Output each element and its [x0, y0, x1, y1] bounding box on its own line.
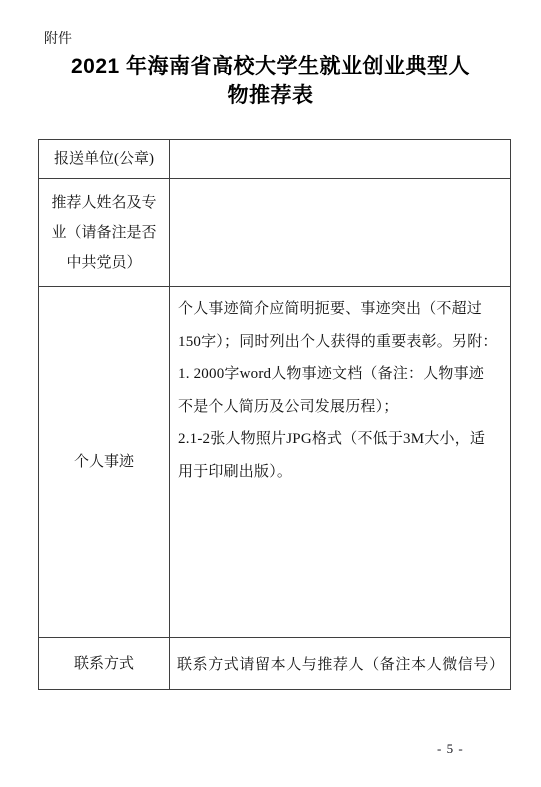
page-title-line-2: 物推荐表 [20, 81, 521, 110]
deeds-instruction-line: 不是个人简历及公司发展历程）； [178, 391, 504, 424]
page-title-line-1: 2021 年海南省高校大学生就业创业典型人 [20, 52, 521, 81]
deeds-instruction-line: 用于印刷出版）。 [178, 456, 504, 489]
table-row-recommender-name: 推荐人姓名及专业（请备注是否中共党员） [39, 179, 510, 287]
personal-deeds-instructions: 个人事迹简介应简明扼要、事迹突出（不超过 150字）；同时列出个人获得的重要表彰… [170, 287, 510, 488]
table-row-reporting-unit: 报送单位(公章) [39, 140, 510, 179]
page-title: 2021 年海南省高校大学生就业创业典型人 物推荐表 [20, 52, 521, 110]
deeds-instruction-line: 个人事迹简介应简明扼要、事迹突出（不超过 [178, 293, 504, 326]
reporting-unit-label: 报送单位(公章) [39, 140, 170, 178]
attachment-label: 附件 [44, 28, 72, 48]
personal-deeds-label: 个人事迹 [39, 287, 170, 637]
deeds-instruction-line: 2.1-2张人物照片JPG格式（不低于3M大小，适 [178, 423, 504, 456]
contact-info-instructions: 联系方式请留本人与推荐人（备注本人微信号） [170, 638, 510, 689]
personal-deeds-instructions-cell: 个人事迹简介应简明扼要、事迹突出（不超过 150字）；同时列出个人获得的重要表彰… [170, 287, 510, 637]
table-row-contact-info: 联系方式 联系方式请留本人与推荐人（备注本人微信号） [39, 638, 510, 689]
recommender-name-value-cell [170, 179, 510, 286]
recommendation-form-table: 报送单位(公章) 推荐人姓名及专业（请备注是否中共党员） 个人事迹 个人事迹简介… [38, 139, 511, 690]
deeds-instruction-line: 1. 2000字word人物事迹文档（备注：人物事迹 [178, 358, 504, 391]
deeds-instruction-line: 150字）；同时列出个人获得的重要表彰。另附： [178, 326, 504, 359]
recommender-name-label: 推荐人姓名及专业（请备注是否中共党员） [39, 179, 170, 286]
contact-info-label: 联系方式 [39, 638, 170, 689]
page-number: - 5 - [437, 741, 464, 757]
reporting-unit-value-cell [170, 140, 510, 178]
table-row-personal-deeds: 个人事迹 个人事迹简介应简明扼要、事迹突出（不超过 150字）；同时列出个人获得… [39, 287, 510, 638]
document-page: { "document": { "attachment_label": "附件"… [0, 0, 541, 787]
